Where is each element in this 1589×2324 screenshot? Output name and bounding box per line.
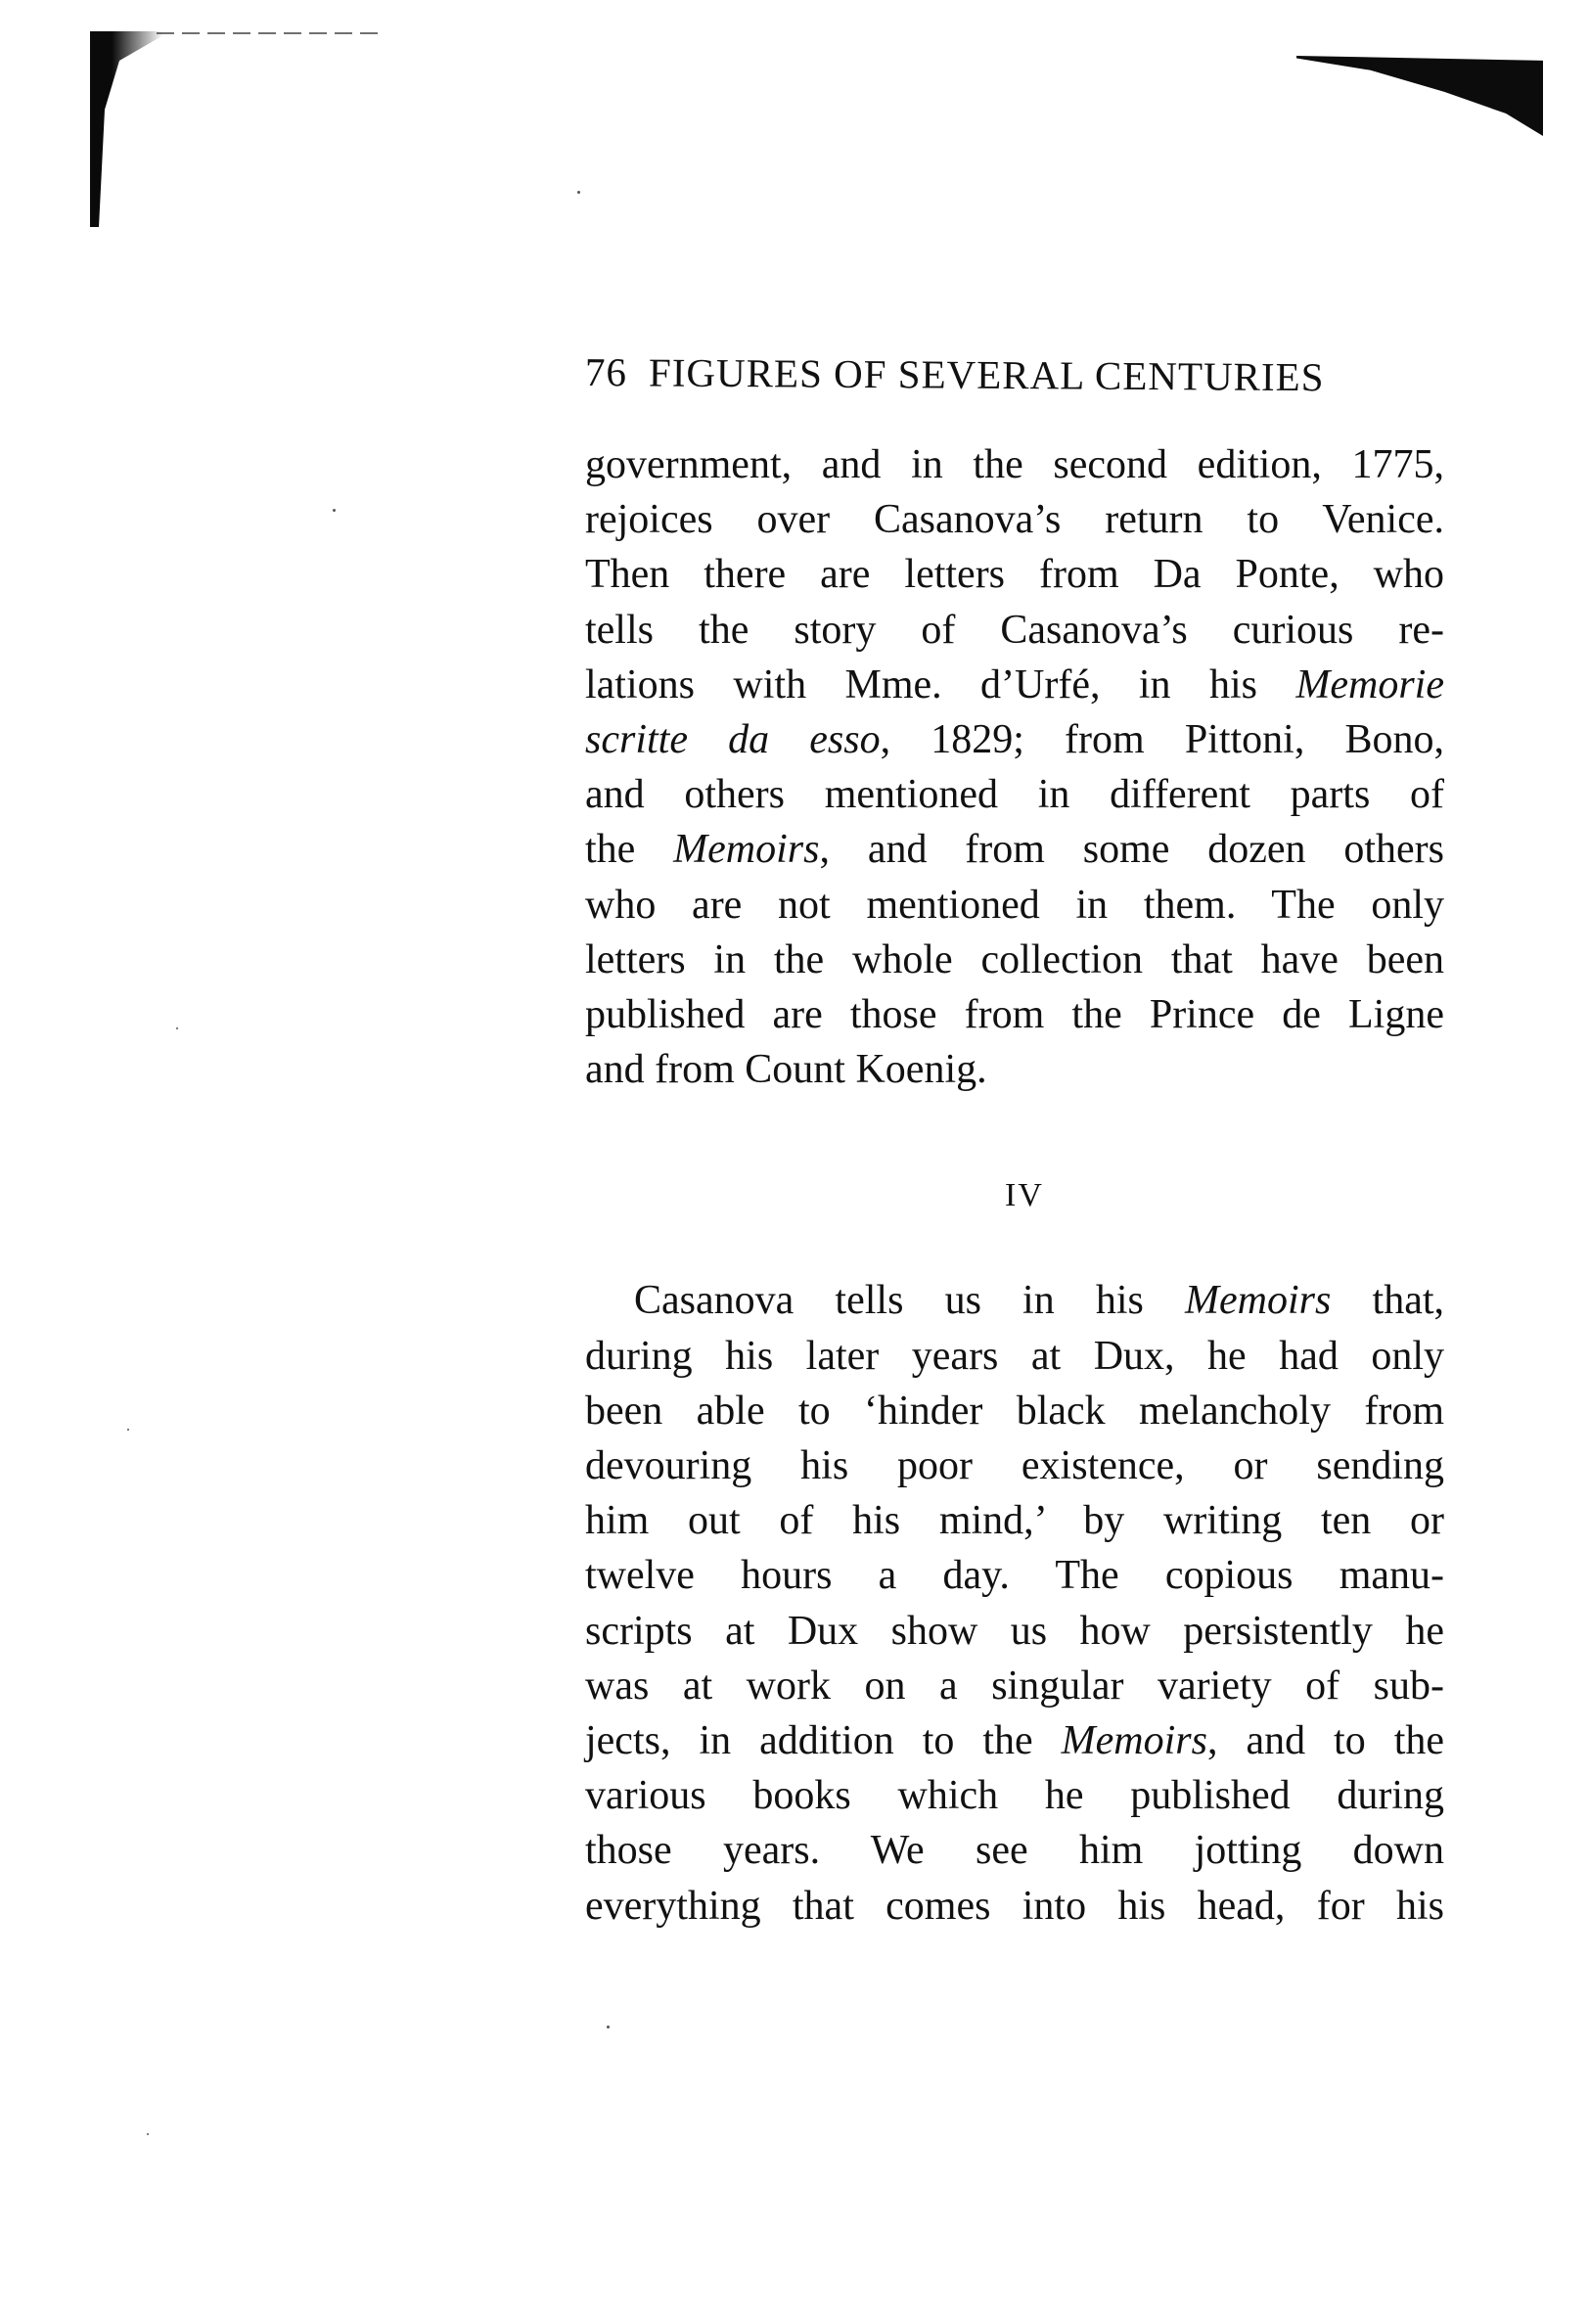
paragraph-1: government, and in the second edition, 1… xyxy=(585,437,1456,1097)
italic-title: Memoirs xyxy=(1185,1278,1331,1323)
text-line: devouring his poor existence, or sending xyxy=(585,1438,1444,1493)
page-number: 76 xyxy=(585,349,627,394)
text-line: rejoices over Casanova’s return to Venic… xyxy=(585,492,1444,547)
text-line: those years. We see him jotting down xyxy=(585,1823,1444,1878)
text-line: him out of his mind,’ by writing ten or xyxy=(585,1493,1444,1548)
text-run: the xyxy=(585,827,673,872)
scan-speck xyxy=(577,191,580,194)
text-run: , and from some dozen others xyxy=(819,827,1444,872)
text-line: Casanova tells us in his Memoirs that, xyxy=(585,1273,1444,1328)
italic-title: Memoirs xyxy=(1062,1718,1207,1763)
text-run: Casanova tells us in his xyxy=(634,1278,1185,1323)
scan-shadow-top-right xyxy=(1296,56,1543,136)
book-title: FIGURES OF SEVERAL CENTURIES xyxy=(649,349,1325,399)
scan-speck xyxy=(127,1429,129,1431)
text-line: government, and in the second edition, 1… xyxy=(585,437,1444,492)
scan-speck xyxy=(176,1027,178,1029)
text-line: and from Count Koenig. xyxy=(585,1042,1444,1097)
text-run: , 1829; from Pittoni, Bono, xyxy=(881,717,1444,762)
text-line: the Memoirs, and from some dozen others xyxy=(585,822,1444,877)
text-line: during his later years at Dux, he had on… xyxy=(585,1329,1444,1384)
text-line: various books which he published during xyxy=(585,1768,1444,1823)
text-run: , and to the xyxy=(1207,1718,1444,1763)
text-run: lations with Mme. d’Urfé, in his xyxy=(585,662,1295,707)
text-line: lations with Mme. d’Urfé, in his Memorie xyxy=(585,658,1444,712)
text-line: jects, in addition to the Memoirs, and t… xyxy=(585,1713,1444,1768)
text-line: scritte da esso, 1829; from Pittoni, Bon… xyxy=(585,712,1444,767)
text-line: and others mentioned in different parts … xyxy=(585,767,1444,822)
text-line: twelve hours a day. The copious manu- xyxy=(585,1548,1444,1603)
italic-title: Memorie xyxy=(1295,662,1444,707)
text-line: been able to ‘hinder black melancholy fr… xyxy=(585,1384,1444,1438)
section-heading: IV xyxy=(585,1177,1456,1214)
running-head: 76FIGURES OF SEVERAL CENTURIES xyxy=(585,347,1456,402)
text-line: everything that comes into his head, for… xyxy=(585,1879,1444,1934)
book-page: 76FIGURES OF SEVERAL CENTURIES governmen… xyxy=(585,347,1456,1934)
text-run: jects, in addition to the xyxy=(585,1718,1062,1763)
scan-shadow-top-left xyxy=(90,31,163,227)
text-line: was at work on a singular variety of sub… xyxy=(585,1659,1444,1713)
italic-title: scritte da esso xyxy=(585,717,881,762)
text-line: letters in the whole collection that hav… xyxy=(585,933,1444,987)
scan-speck xyxy=(147,2133,149,2135)
text-line: tells the story of Casanova’s curious re… xyxy=(585,603,1444,658)
scan-edge-top xyxy=(157,32,382,34)
text-run: that, xyxy=(1331,1278,1444,1323)
text-line: published are those from the Prince de L… xyxy=(585,987,1444,1042)
text-line: who are not mentioned in them. The only xyxy=(585,878,1444,933)
text-line: Then there are letters from Da Ponte, wh… xyxy=(585,547,1444,602)
italic-title: Memoirs xyxy=(673,827,819,872)
text-line: scripts at Dux show us how persistently … xyxy=(585,1604,1444,1659)
scan-speck xyxy=(333,509,336,512)
paragraph-2: Casanova tells us in his Memoirs that, d… xyxy=(585,1273,1456,1933)
scan-speck xyxy=(607,2026,610,2028)
